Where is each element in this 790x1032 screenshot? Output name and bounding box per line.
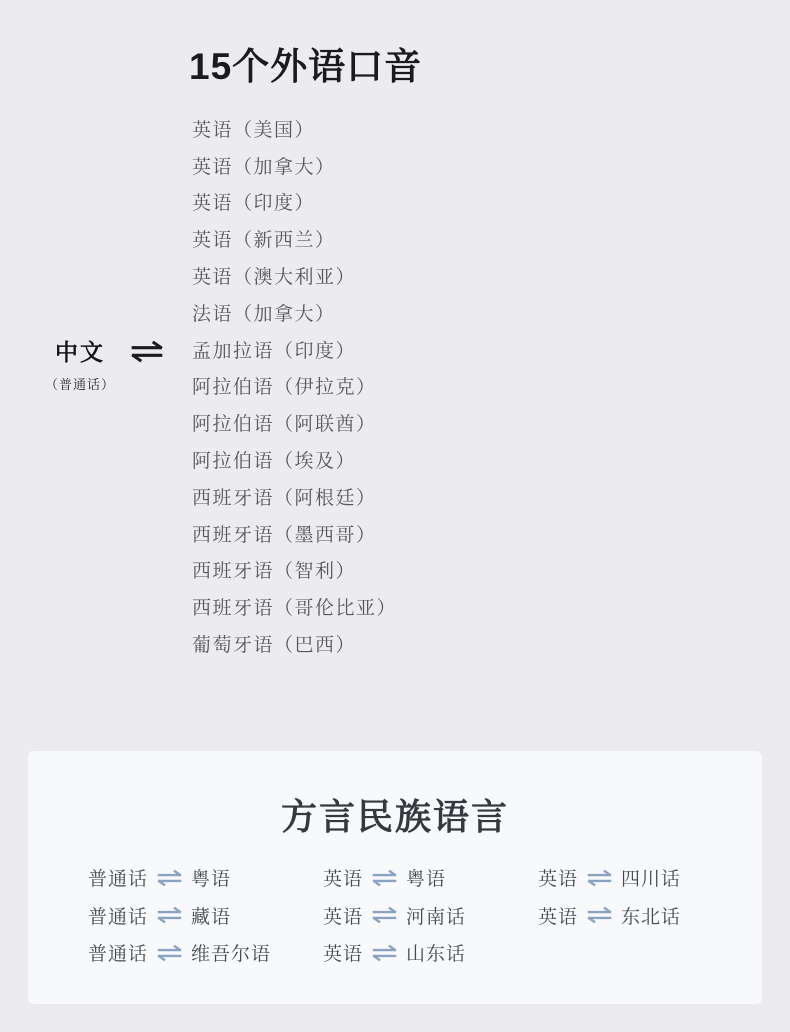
dialect-column-3: 英语 四川话 英语 东北话: [538, 859, 762, 972]
source-language-label: 中文: [28, 334, 132, 367]
swap-arrows-icon: [130, 340, 164, 363]
dialect-pair: 英语 四川话: [538, 859, 762, 897]
accent-language-item: 西班牙语（哥伦比亚）: [192, 588, 397, 625]
dialect-pair-to: 藏语: [191, 902, 231, 929]
dialect-pair: 普通话 粤语: [88, 859, 323, 897]
dialect-pair-from: 英语: [323, 864, 363, 891]
dialect-pair-from: 英语: [538, 864, 578, 891]
accent-language-item: 阿拉伯语（埃及）: [192, 441, 397, 478]
dialect-pair-to: 粤语: [406, 864, 446, 891]
dialect-pair-from: 英语: [538, 902, 578, 929]
accent-language-item: 阿拉伯语（伊拉克）: [192, 368, 397, 405]
dialect-pair-to: 四川话: [621, 864, 681, 891]
dialect-pair-from: 普通话: [88, 864, 148, 891]
swap-arrows-icon: [372, 944, 397, 962]
dialect-pair: 英语 山东话: [323, 934, 538, 972]
source-language-sublabel: （普通话）: [28, 374, 132, 393]
dialects-title: 方言民族语言: [28, 751, 762, 840]
swap-arrows-icon: [157, 944, 182, 962]
swap-arrows-icon: [587, 906, 612, 924]
accent-language-item: 孟加拉语（印度）: [192, 331, 397, 368]
accent-language-list: 英语（美国）英语（加拿大）英语（印度）英语（新西兰）英语（澳大利亚）法语（加拿大…: [192, 110, 397, 662]
accent-language-item: 西班牙语（阿根廷）: [192, 478, 397, 515]
accent-language-item: 英语（澳大利亚）: [192, 257, 397, 294]
swap-arrows-icon: [157, 869, 182, 887]
dialect-columns: 普通话 粤语 普通话 藏语: [28, 859, 762, 972]
dialect-pair-from: 普通话: [88, 939, 148, 966]
swap-arrows-icon: [157, 906, 182, 924]
accent-language-item: 西班牙语（墨西哥）: [192, 515, 397, 552]
accent-language-item: 英语（加拿大）: [192, 147, 397, 184]
dialect-pair-to: 河南话: [406, 902, 466, 929]
accent-language-item: 英语（新西兰）: [192, 220, 397, 257]
dialect-pair-from: 英语: [323, 939, 363, 966]
accent-language-item: 阿拉伯语（阿联酋）: [192, 404, 397, 441]
dialect-pair-to: 粤语: [191, 864, 231, 891]
dialect-pair: 英语 东北话: [538, 897, 762, 935]
dialects-card: 方言民族语言 普通话 粤语 普通话: [28, 751, 762, 1004]
dialect-column-1: 普通话 粤语 普通话 藏语: [88, 859, 323, 972]
dialect-pair-from: 英语: [323, 902, 363, 929]
swap-arrows-icon: [587, 869, 612, 887]
dialect-pair-to: 维吾尔语: [191, 939, 271, 966]
accent-language-item: 法语（加拿大）: [192, 294, 397, 331]
dialect-pair: 英语 河南话: [323, 897, 538, 935]
dialect-pair-to: 山东话: [406, 939, 466, 966]
accent-language-item: 西班牙语（智利）: [192, 552, 397, 589]
source-language-block: 中文 （普通话）: [28, 334, 132, 393]
accent-language-item: 英语（美国）: [192, 110, 397, 147]
dialect-pair-to: 东北话: [621, 902, 681, 929]
dialect-pair: 普通话 藏语: [88, 897, 323, 935]
dialect-pair: 普通话 维吾尔语: [88, 934, 323, 972]
accents-title: 15个外语口音: [189, 47, 422, 87]
dialect-pair: 英语 粤语: [323, 859, 538, 897]
dialect-pair-from: 普通话: [88, 902, 148, 929]
accent-language-item: 英语（印度）: [192, 184, 397, 221]
dialect-column-2: 英语 粤语 英语 河南话: [323, 859, 538, 972]
swap-arrows-icon: [372, 869, 397, 887]
accent-language-item: 葡萄牙语（巴西）: [192, 625, 397, 662]
swap-arrows-icon: [372, 906, 397, 924]
